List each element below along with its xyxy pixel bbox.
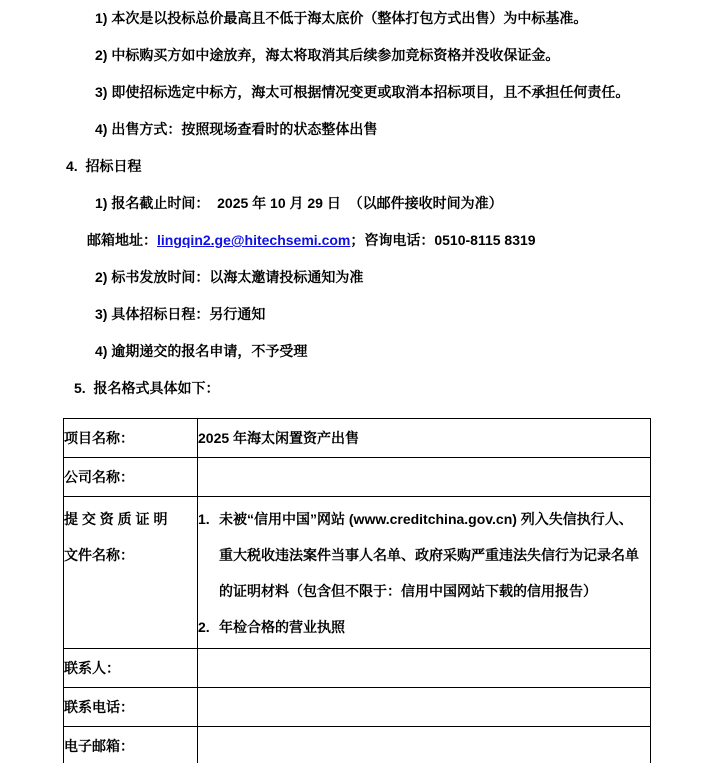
- table-row-contact-email: 电子邮箱：: [64, 727, 651, 763]
- table-row-contact-person: 联系人：: [64, 649, 651, 688]
- qualification-label-line2: 文件名称：: [64, 537, 197, 573]
- list-number: 1.: [198, 501, 210, 537]
- tender-document-page: 1) 本次是以投标总价最高且不低于海太底价（整体打包方式出售）为中标基准。 2)…: [0, 0, 709, 763]
- qualification-item-license: 2. 年检合格的营业执照: [198, 609, 650, 645]
- schedule-item-overdue: 4) 逾期递交的报名申请，不予受理: [95, 333, 709, 370]
- schedule-item-deadline: 1) 报名截止时间： 2025 年 10 月 29 日 （以邮件接收时间为准）: [95, 185, 709, 222]
- phone-text: ；咨询电话：0510-8115 8319: [350, 232, 535, 248]
- project-name-label: 项目名称：: [64, 419, 198, 458]
- table-row-company-name: 公司名称：: [64, 458, 651, 497]
- schedule-item-detail-schedule: 3) 具体招标日程：另行通知: [95, 296, 709, 333]
- clause-cancellation-right: 3) 即使招标选定中标方，海太可根据情况变更或取消本招标项目，且不承担任何责任。: [95, 74, 709, 111]
- company-name-field: [198, 458, 651, 497]
- contact-email-field: [198, 727, 651, 763]
- qualification-item-credit-line1: 未被“信用中国”网站 (www.creditchina.gov.cn) 列入失信…: [219, 501, 650, 537]
- schedule-section-heading: 4. 招标日程: [66, 148, 709, 185]
- qualification-label-line1: 提 交 资 质 证 明: [64, 501, 197, 537]
- clause-forfeit-deposit: 2) 中标购买方如中途放弃，海太将取消其后续参加竞标资格并没收保证金。: [95, 37, 709, 74]
- contact-person-label: 联系人：: [64, 649, 198, 688]
- qualification-docs-list: 1. 未被“信用中国”网站 (www.creditchina.gov.cn) 列…: [198, 497, 651, 649]
- contact-person-field: [198, 649, 651, 688]
- qualification-item-credit: 1. 未被“信用中国”网站 (www.creditchina.gov.cn) 列…: [198, 501, 650, 609]
- qualification-item-credit-line2: 重大税收违法案件当事人名单、政府采购严重违法失信行为记录名单: [219, 537, 650, 573]
- email-link[interactable]: lingqin2.ge@hitechsemi.com: [157, 232, 350, 248]
- list-number: 2.: [198, 609, 210, 645]
- email-label: 邮箱地址：: [87, 232, 157, 248]
- contact-phone-field: [198, 688, 651, 727]
- table-row-contact-phone: 联系电话：: [64, 688, 651, 727]
- contact-phone-label: 联系电话：: [64, 688, 198, 727]
- qualification-item-credit-line3: 的证明材料（包含但不限于：信用中国网站下载的信用报告）: [219, 573, 650, 609]
- table-row-qualification-docs: 提 交 资 质 证 明 文件名称： 1. 未被“信用中国”网站 (www.cre…: [64, 497, 651, 649]
- company-name-label: 公司名称：: [64, 458, 198, 497]
- clause-sale-method: 4) 出售方式：按照现场查看时的状态整体出售: [95, 111, 709, 148]
- schedule-item-issue-time: 2) 标书发放时间：以海太邀请投标通知为准: [95, 259, 709, 296]
- clause-award-basis: 1) 本次是以投标总价最高且不低于海太底价（整体打包方式出售）为中标基准。: [95, 0, 709, 37]
- project-name-value: 2025 年海太闲置资产出售: [198, 419, 651, 458]
- table-row-project-name: 项目名称： 2025 年海太闲置资产出售: [64, 419, 651, 458]
- format-section-heading: 5. 报名格式具体如下：: [74, 370, 709, 407]
- qualification-docs-label: 提 交 资 质 证 明 文件名称：: [64, 497, 198, 649]
- qualification-item-license-line1: 年检合格的营业执照: [219, 609, 650, 645]
- contact-line: 邮箱地址：lingqin2.ge@hitechsemi.com；咨询电话：051…: [87, 222, 709, 259]
- registration-form-table: 项目名称： 2025 年海太闲置资产出售 公司名称： 提 交 资 质 证 明 文…: [63, 418, 651, 763]
- contact-email-label: 电子邮箱：: [64, 727, 198, 763]
